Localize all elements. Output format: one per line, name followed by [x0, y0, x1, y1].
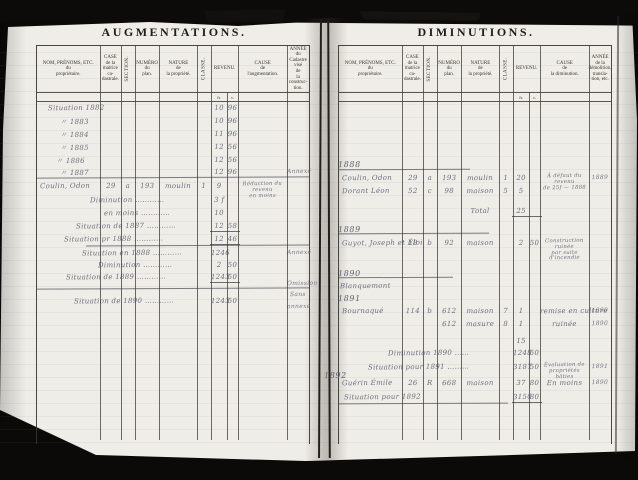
page-diminutions: DIMINUTIONS. NOM, PRÉNOMS, ETC. du propr… [330, 24, 622, 460]
handwritten-total-underline [210, 282, 240, 283]
column-header-annee: ANNÉE de la démolition, transla- tion, e… [589, 46, 611, 92]
handwritten-entry-annee: Annexé [287, 249, 309, 256]
handwritten-entry-section: a [121, 182, 135, 190]
column-header-noms: NOM, PRÉNOMS, ETC. du propriétaire. [339, 46, 402, 92]
handwritten-entry-nature: maison [461, 239, 499, 247]
table-header: NOM, PRÉNOMS, ETC. du propriétaire.CASE … [339, 46, 611, 93]
handwritten-section-rule [339, 169, 470, 171]
column-divider-line [135, 46, 136, 440]
handwritten-entry-noms: Situation 1882 [48, 104, 105, 113]
handwritten-entry-rev_fr: 3150 [513, 393, 529, 401]
page-title-augmentations: AUGMENTATIONS. [28, 25, 320, 40]
handwritten-entry-nature: maison [461, 307, 499, 315]
diminutions-table: NOM, PRÉNOMS, ETC. du propriétaire.CASE … [338, 45, 612, 444]
handwritten-entry-rev_fr: 10 [211, 117, 227, 125]
subheader-centimes: c. [227, 93, 238, 101]
handwritten-entry-rev_fr: 20 [513, 174, 529, 182]
handwritten-entry-rev_c: 50 [529, 239, 540, 247]
year-label: 1888 [338, 160, 361, 169]
handwritten-entry-nature: moulin [159, 182, 197, 190]
handwritten-entry-rev_fr: 37 [513, 379, 529, 387]
handwritten-entry-classe: 1 [197, 182, 211, 190]
handwritten-entry-rev_fr: 3187 [513, 363, 529, 371]
handwritten-entry-numero: 193 [135, 182, 160, 190]
handwritten-entry-annee: 1890 [589, 307, 611, 314]
handwritten-entry-rev_c: 50 [529, 349, 540, 357]
handwritten-entry-cause: Construction ruinée par suite d'incendie [540, 239, 589, 263]
handwritten-entry-noms: Situation pour 1892 [344, 393, 421, 402]
column-header-case: CASE de la matrice ca- dastrale. [402, 46, 424, 92]
handwritten-entry-nature: Total [461, 207, 499, 215]
handwritten-entry-section: c [423, 187, 437, 195]
handwritten-entry-noms: Blanquemont [340, 282, 391, 291]
subheader-centimes: c. [529, 93, 540, 101]
handwritten-entry-annee: 1890 [589, 379, 611, 386]
handwritten-entry-rev_fr: 1 [513, 320, 529, 328]
handwritten-entry-cause: Réduction du revenu en moins [238, 182, 287, 200]
column-header-cause: CAUSE de la diminution. [540, 46, 589, 92]
column-header-noms: NOM, PRÉNOMS, ETC. du propriétaire. [37, 46, 100, 92]
handwritten-entry-numero: 193 [437, 174, 462, 182]
handwritten-entry-nature: maison [461, 379, 499, 387]
torn-edge-fragment [205, 9, 285, 22]
handwritten-entry-noms: Diminution 1890 …… [388, 349, 469, 358]
table-body: 1888Coulin, Odon29a193moulin120À défaut … [339, 102, 611, 444]
column-header-label: CLASSE. [503, 58, 509, 81]
column-header-label: CLASSE. [201, 58, 207, 81]
handwritten-entry-rev_c: 56 [227, 156, 238, 164]
handwritten-entry-cause: À défaut du revenu de 25f — 1888 [540, 174, 589, 192]
handwritten-entry-rev_c: 80 [529, 393, 540, 401]
handwritten-entry-rev_fr: 3 f [211, 196, 227, 204]
handwritten-entry-rev_c: 96 [227, 104, 238, 112]
column-header-annee: ANNÉE du Cadastre visé de la construc- t… [287, 46, 309, 92]
handwritten-entry-numero: 612 [437, 320, 462, 328]
handwritten-entry-classe: 1 [499, 174, 513, 182]
torn-edge-fragment [360, 11, 480, 20]
page-title-diminutions: DIMINUTIONS. [330, 25, 622, 40]
column-header-case: CASE de la matrice ca- dastrale. [100, 46, 122, 92]
handwritten-entry-annee: Sans [287, 291, 309, 298]
handwritten-entry-rev_fr: 12 [211, 168, 227, 176]
handwritten-entry-noms: 〃 1884 [60, 130, 89, 140]
handwritten-entry-noms: Situation de 1889 ………… [66, 272, 166, 281]
handwritten-entry-case: 29 [402, 174, 424, 182]
handwritten-entry-numero: 92 [437, 239, 462, 247]
scanned-ledger-spread: { "scan": { "background_color": "#0b0a09… [0, 0, 638, 480]
handwritten-entry-nature: moulin [461, 174, 499, 182]
handwritten-entry-nature: masure [461, 320, 499, 328]
column-header-revenu: REVENU. [513, 46, 540, 92]
handwritten-entry-rev_c: 50 [227, 261, 238, 269]
handwritten-entry-noms: Diminution ………… [90, 196, 164, 205]
column-divider-line [159, 46, 160, 440]
handwritten-entry-rev_fr: 11 [211, 130, 227, 138]
handwritten-entry-case: 114 [402, 307, 424, 315]
handwritten-entry-nature: maison [461, 187, 499, 195]
table-body: Situation 18821096〃 18831096〃 18841196〃 … [37, 102, 309, 444]
handwritten-entry-case: 26 [402, 379, 424, 387]
column-header-section: SECTION. [121, 46, 135, 92]
column-header-nature: NATURE de la propriété. [461, 46, 499, 92]
column-divider-line [100, 46, 101, 440]
handwritten-entry-rev_fr: 1 [513, 307, 529, 315]
handwritten-entry-noms: 〃 1883 [60, 117, 89, 127]
handwritten-entry-numero: 612 [437, 307, 462, 315]
handwritten-entry-rev_fr: 25 [513, 207, 529, 215]
handwritten-entry-rev_c: 46 [227, 235, 238, 243]
handwritten-entry-numero: 668 [437, 379, 462, 387]
handwritten-section-rule [37, 287, 309, 289]
handwritten-entry-rev_fr: 12 [211, 156, 227, 164]
handwritten-section-rule [339, 233, 489, 235]
handwritten-entry-rev_fr: 10 [211, 104, 227, 112]
table-header: NOM, PRÉNOMS, ETC. du propriétaire.CASE … [37, 46, 309, 93]
column-divider-line [197, 46, 198, 440]
column-divider-line [287, 46, 288, 440]
handwritten-entry-cause: ruinée [540, 320, 589, 329]
handwritten-entry-rev_c: 56 [227, 143, 238, 151]
column-header-revenu: REVENU. [211, 46, 238, 92]
column-header-cause: CAUSE de l'augmentation. [238, 46, 287, 92]
handwritten-total-underline [512, 216, 542, 217]
handwritten-entry-noms: Situation en 1888 ………… [82, 248, 182, 257]
handwritten-entry-noms: 〃 1885 [60, 143, 89, 153]
column-divider-line [227, 92, 228, 440]
column-divider-line [529, 92, 530, 440]
augmentations-table: NOM, PRÉNOMS, ETC. du propriétaire.CASE … [36, 45, 310, 444]
column-header-classe: CLASSE. [499, 46, 513, 92]
handwritten-entry-rev_c: 58 [227, 222, 238, 230]
handwritten-entry-rev_fr: 10 [211, 209, 227, 217]
column-divider-line [513, 46, 514, 440]
handwritten-entry-section: R [423, 379, 437, 387]
handwritten-entry-rev_c: 50 [227, 273, 238, 281]
column-header-classe: CLASSE. [197, 46, 211, 92]
column-divider-line [540, 46, 541, 440]
handwritten-entry-case: 52 [402, 187, 424, 195]
handwritten-entry-rev_fr: 12 [211, 143, 227, 151]
handwritten-entry-classe: 8 [499, 320, 513, 328]
handwritten-entry-annee: 1890 [589, 320, 611, 327]
handwritten-entry-noms: Guérin Émile [342, 379, 393, 388]
handwritten-entry-rev_fr: 2 [513, 239, 529, 247]
column-header-numero: NUMÉRO du plan. [135, 46, 159, 92]
handwritten-entry-annee: 1889 [589, 174, 611, 181]
handwritten-entry-noms: Situation de 1887 ………… [76, 221, 176, 230]
handwritten-section-rule [37, 176, 309, 178]
column-header-numero: NUMÉRO du plan. [437, 46, 461, 92]
handwritten-entry-rev_fr: 5 [513, 187, 529, 195]
handwritten-entry-rev_fr: 15 [513, 337, 529, 345]
subheader-francs: fr. [513, 93, 529, 101]
handwritten-entry-annee: 1891 [589, 363, 611, 370]
handwritten-entry-noms: Coulin, Odon [40, 182, 90, 191]
handwritten-entry-rev_fr: 1243 [211, 273, 227, 281]
handwritten-entry-numero: 98 [437, 187, 462, 195]
handwritten-entry-rev_fr: 12 [211, 222, 227, 230]
handwritten-entry-annee: annexé [287, 303, 309, 310]
handwritten-entry-classe: 7 [499, 307, 513, 315]
column-divider-line [402, 46, 403, 440]
handwritten-entry-noms: Dorant Léon [342, 187, 390, 195]
handwritten-entry-case: 29 [100, 182, 122, 190]
handwritten-entry-rev_fr: 1246 [211, 249, 227, 257]
handwritten-entry-rev_c: 50 [227, 297, 238, 305]
handwritten-entry-rev_fr: 2 [211, 261, 227, 269]
column-divider-line [589, 46, 590, 440]
handwritten-entry-case: 18 [402, 239, 424, 247]
column-header-label: SECTION. [125, 56, 131, 82]
handwritten-entry-rev_c: 96 [227, 168, 238, 176]
handwritten-entry-section: b [423, 239, 437, 247]
year-label: 1891 [338, 294, 361, 303]
table-subheader: fr.c. [37, 93, 309, 102]
handwritten-entry-cause: En moins [540, 379, 589, 388]
column-header-label: SECTION. [427, 56, 433, 82]
handwritten-entry-classe: 5 [499, 187, 513, 195]
column-divider-line [238, 46, 239, 440]
handwritten-total-underline [512, 402, 542, 403]
column-header-nature: NATURE de la propriété. [159, 46, 197, 92]
handwritten-entry-section: b [423, 307, 437, 315]
handwritten-entry-rev_c: 96 [227, 117, 238, 125]
column-divider-line [423, 46, 424, 440]
column-divider-line [437, 46, 438, 440]
handwritten-entry-noms: Bournaqué [342, 307, 384, 315]
table-subheader: fr.c. [339, 93, 611, 102]
column-divider-line [211, 46, 212, 440]
scan-vignette-left [0, 22, 26, 422]
handwritten-total-underline [210, 231, 240, 232]
handwritten-entry-rev_c: 96 [227, 130, 238, 138]
page-augmentations: AUGMENTATIONS. NOM, PRÉNOMS, ETC. du pro… [28, 24, 320, 460]
column-divider-line [461, 46, 462, 440]
handwritten-entry-noms: Situation pour 1891 ……… [368, 362, 469, 371]
handwritten-entry-rev_fr: 9 [211, 182, 227, 190]
handwritten-entry-annee: Omission [287, 280, 309, 287]
handwritten-entry-section: a [423, 174, 437, 182]
handwritten-entry-cause: remise en culture [540, 307, 589, 316]
handwritten-entry-noms: 〃 1886 [56, 156, 85, 166]
handwritten-entry-rev_c: 50 [529, 363, 540, 371]
handwritten-entry-rev_c: 80 [529, 379, 540, 387]
column-divider-line [121, 46, 122, 440]
handwritten-entry-rev_fr: 12 [211, 235, 227, 243]
handwritten-entry-rev_fr: 1248 [513, 349, 529, 357]
handwritten-entry-rev_fr: 1243 [211, 297, 227, 305]
column-divider-line [499, 46, 500, 440]
column-header-section: SECTION. [423, 46, 437, 92]
handwritten-entry-annee: Annexé [287, 168, 309, 175]
subheader-francs: fr. [211, 93, 227, 101]
handwritten-entry-noms: Coulin, Odon [342, 174, 392, 183]
handwritten-entry-noms: Situation pr 1888 ………… [64, 234, 163, 243]
